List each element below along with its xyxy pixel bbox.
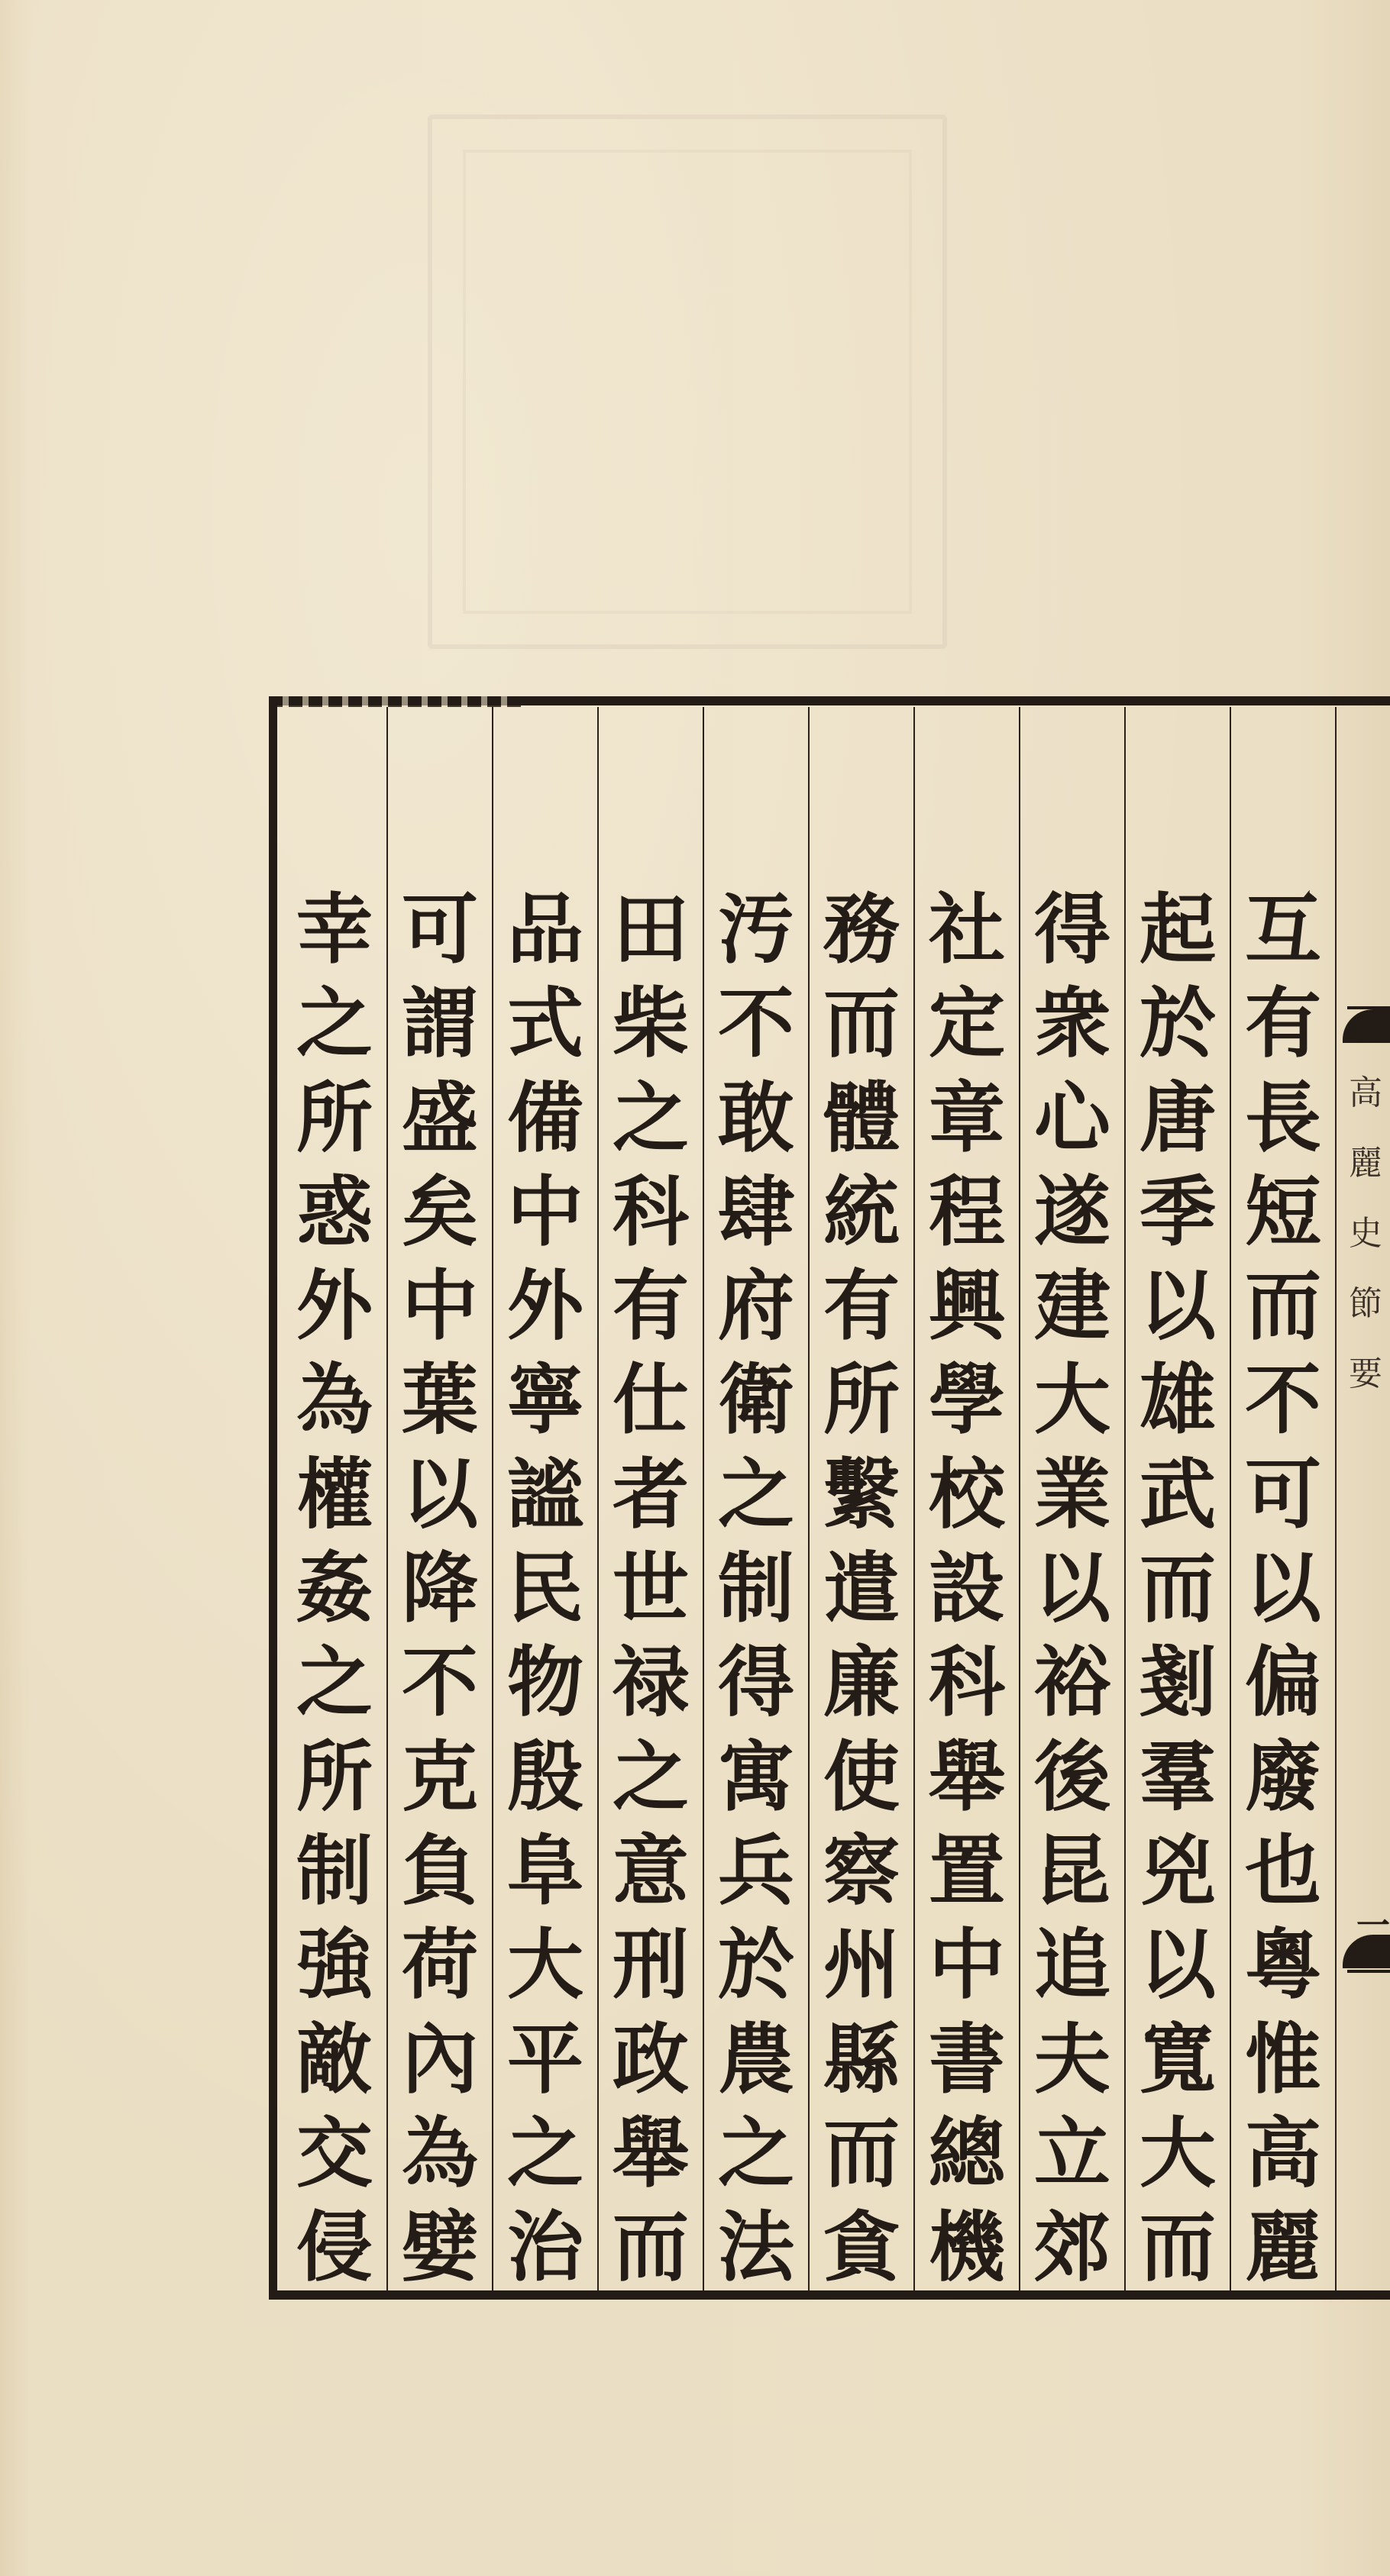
glyph: 而: [613, 2200, 689, 2294]
glyph: 強: [296, 1918, 373, 2012]
glyph: 廉: [823, 1635, 900, 1729]
column-text: 起於唐季以雄武而剗羣兇以寬大而: [1126, 883, 1230, 2294]
glyph: 粵: [1245, 1918, 1321, 2012]
glyph: 所: [296, 1730, 373, 1824]
glyph: 之: [296, 1635, 373, 1729]
glyph: 縣: [823, 2013, 900, 2106]
glyph: 政: [613, 2013, 689, 2106]
glyph: 心: [1034, 1071, 1110, 1165]
glyph: 昆: [1034, 1824, 1110, 1918]
glyph: 舉: [613, 2106, 689, 2200]
glyph: 謂: [402, 976, 478, 1070]
column-text: 可謂盛矣中葉以降不克負荷內為嬖: [388, 883, 492, 2294]
glyph: 得: [718, 1635, 794, 1729]
title-glyph: 要: [1349, 1339, 1382, 1409]
glyph: 降: [402, 1541, 478, 1635]
text-column-10: 幸之所惑外為權姦之所制強敵交侵: [283, 707, 388, 2290]
glyph: 大: [507, 1918, 583, 2012]
glyph: 交: [296, 2106, 373, 2200]
glyph: 外: [296, 1259, 373, 1353]
glyph: 所: [823, 1353, 900, 1447]
glyph: 為: [296, 1353, 373, 1447]
glyph: 汚: [718, 883, 794, 976]
text-column-2: 起於唐季以雄武而剗羣兇以寬大而: [1126, 707, 1231, 2290]
glyph: 法: [718, 2200, 794, 2294]
title-glyph: 節: [1349, 1269, 1382, 1339]
text-column-1: 互有長短而不可以偏廢也粵惟高麗: [1231, 707, 1337, 2290]
glyph: 章: [929, 1071, 1005, 1165]
text-column-3: 得衆心遂建大業以裕後昆追夫立郊: [1020, 707, 1126, 2290]
seal-inner-border: [463, 150, 912, 614]
glyph: 麗: [1245, 2200, 1321, 2294]
glyph: 業: [1034, 1448, 1110, 1541]
glyph: 書: [929, 2013, 1005, 2106]
glyph: 以: [1139, 1259, 1216, 1353]
glyph: 可: [402, 883, 478, 976]
glyph: 寓: [718, 1730, 794, 1824]
glyph: 衆: [1034, 976, 1110, 1070]
glyph: 兇: [1139, 1824, 1216, 1918]
text-column-4: 社定章程興學校設科舉置中書總機: [915, 707, 1020, 2290]
glyph: 察: [823, 1824, 900, 1918]
glyph: 中: [402, 1259, 478, 1353]
glyph: 有: [823, 1259, 900, 1353]
glyph: 寧: [507, 1353, 583, 1447]
glyph: 置: [929, 1824, 1005, 1918]
glyph: 季: [1139, 1165, 1216, 1259]
title-glyph: 史: [1349, 1199, 1382, 1269]
glyph: 高: [1245, 2106, 1321, 2200]
glyph: 內: [402, 2013, 478, 2106]
glyph: 姦: [296, 1541, 373, 1635]
glyph: 郊: [1034, 2200, 1110, 2294]
glyph: 以: [1034, 1541, 1110, 1635]
glyph: 統: [823, 1165, 900, 1259]
glyph: 而: [823, 2106, 900, 2200]
glyph: 田: [613, 883, 689, 976]
glyph: 長: [1245, 1071, 1321, 1165]
glyph: 寬: [1139, 2013, 1216, 2106]
center-column-banxin: 高麗史節要 一: [1337, 707, 1390, 2290]
glyph: 舉: [929, 1730, 1005, 1824]
glyph: 民: [507, 1541, 583, 1635]
glyph: 後: [1034, 1730, 1110, 1824]
glyph: 荷: [402, 1918, 478, 2012]
glyph: 侵: [296, 2200, 373, 2294]
glyph: 肆: [718, 1165, 794, 1259]
glyph: 學: [929, 1353, 1005, 1447]
glyph: 夫: [1034, 2013, 1110, 2106]
glyph: 定: [929, 976, 1005, 1070]
title-glyph: 麗: [1349, 1128, 1382, 1199]
glyph: 雄: [1139, 1353, 1216, 1447]
glyph: 農: [718, 2013, 794, 2106]
glyph: 程: [929, 1165, 1005, 1259]
glyph: 克: [402, 1730, 478, 1824]
glyph: 物: [507, 1635, 583, 1729]
glyph: 而: [823, 976, 900, 1070]
glyph: 之: [718, 1448, 794, 1541]
glyph: 葉: [402, 1353, 478, 1447]
glyph: 嬖: [402, 2200, 478, 2294]
glyph: 偏: [1245, 1635, 1321, 1729]
text-column-8: 品式備中外寧謐民物殷阜大平之治: [493, 707, 599, 2290]
glyph: 備: [507, 1071, 583, 1165]
column-text: 幸之所惑外為權姦之所制強敵交侵: [283, 883, 386, 2294]
glyph: 而: [1139, 2200, 1216, 2294]
book-title: 高麗史節要: [1349, 1058, 1382, 1409]
text-column-6: 汚不敢肆府衛之制得寓兵於農之法: [704, 707, 810, 2290]
glyph: 不: [718, 976, 794, 1070]
glyph: 阜: [507, 1824, 583, 1918]
glyph: 盛: [402, 1071, 478, 1165]
glyph: 平: [507, 2013, 583, 2106]
glyph: 權: [296, 1448, 373, 1541]
glyph: 起: [1139, 883, 1216, 976]
glyph: 兵: [718, 1824, 794, 1918]
glyph: 不: [1245, 1353, 1321, 1447]
glyph: 大: [1139, 2106, 1216, 2200]
glyph: 興: [929, 1259, 1005, 1353]
glyph: 體: [823, 1071, 900, 1165]
glyph: 總: [929, 2106, 1005, 2200]
fishtail-mark-lower-icon: [1343, 1935, 1390, 1968]
glyph: 剗: [1139, 1635, 1216, 1729]
glyph: 校: [929, 1448, 1005, 1541]
glyph: 衛: [718, 1353, 794, 1447]
glyph: 矣: [402, 1165, 478, 1259]
glyph: 有: [613, 1259, 689, 1353]
seal-impression: [428, 115, 947, 649]
glyph: 可: [1245, 1448, 1321, 1541]
glyph: 刑: [613, 1918, 689, 2012]
glyph: 府: [718, 1259, 794, 1353]
column-text: 得衆心遂建大業以裕後昆追夫立郊: [1020, 883, 1124, 2294]
glyph: 謐: [507, 1448, 583, 1541]
glyph: 治: [507, 2200, 583, 2294]
glyph: 所: [296, 1071, 373, 1165]
column-text: 田柴之科有仕者世禄之意刑政舉而: [599, 883, 703, 2294]
glyph: 遂: [1034, 1165, 1110, 1259]
glyph: 為: [402, 2106, 478, 2200]
column-text: 互有長短而不可以偏廢也粵惟高麗: [1231, 883, 1335, 2294]
glyph: 建: [1034, 1259, 1110, 1353]
glyph: 世: [613, 1541, 689, 1635]
glyph: 惑: [296, 1165, 373, 1259]
glyph: 制: [296, 1824, 373, 1918]
glyph: 式: [507, 976, 583, 1070]
frame-worn-edge: [269, 696, 521, 707]
glyph: 科: [613, 1165, 689, 1259]
glyph: 科: [929, 1635, 1005, 1729]
glyph: 殷: [507, 1730, 583, 1824]
fishtail-mark-icon: [1343, 1009, 1390, 1043]
glyph: 制: [718, 1541, 794, 1635]
glyph: 而: [1139, 1541, 1216, 1635]
column-text: 社定章程興學校設科舉置中書總機: [915, 883, 1019, 2294]
glyph: 社: [929, 883, 1005, 976]
glyph: 而: [1245, 1259, 1321, 1353]
column-text: 汚不敢肆府衛之制得寓兵於農之法: [704, 883, 808, 2294]
glyph: 以: [402, 1448, 478, 1541]
glyph: 之: [718, 2106, 794, 2200]
text-column-9: 可謂盛矣中葉以降不克負荷內為嬖: [388, 707, 493, 2290]
glyph: 柴: [613, 976, 689, 1070]
glyph: 外: [507, 1259, 583, 1353]
glyph: 武: [1139, 1448, 1216, 1541]
glyph: 品: [507, 883, 583, 976]
column-text: 品式備中外寧謐民物殷阜大平之治: [493, 883, 597, 2294]
glyph: 設: [929, 1541, 1005, 1635]
glyph: 唐: [1139, 1071, 1216, 1165]
glyph: 貪: [823, 2200, 900, 2294]
glyph: 廢: [1245, 1730, 1321, 1824]
glyph: 中: [929, 1918, 1005, 2012]
text-column-5: 務而體統有所繫遣廉使察州縣而貪: [810, 707, 915, 2290]
glyph: 於: [1139, 976, 1216, 1070]
glyph: 者: [613, 1448, 689, 1541]
glyph: 中: [507, 1165, 583, 1259]
glyph: 幸: [296, 883, 373, 976]
column-text: 務而體統有所繫遣廉使察州縣而貪: [810, 883, 913, 2294]
glyph: 之: [507, 2106, 583, 2200]
glyph: 之: [296, 976, 373, 1070]
glyph: 仕: [613, 1353, 689, 1447]
glyph: 負: [402, 1824, 478, 1918]
title-glyph: 高: [1349, 1058, 1382, 1128]
glyph: 機: [929, 2200, 1005, 2294]
glyph: 有: [1245, 976, 1321, 1070]
glyph: 遣: [823, 1541, 900, 1635]
glyph: 以: [1245, 1541, 1321, 1635]
glyph: 州: [823, 1918, 900, 2012]
glyph: 互: [1245, 883, 1321, 976]
glyph: 意: [613, 1824, 689, 1918]
glyph: 不: [402, 1635, 478, 1729]
glyph: 使: [823, 1730, 900, 1824]
glyph: 羣: [1139, 1730, 1216, 1824]
glyph: 短: [1245, 1165, 1321, 1259]
glyph: 以: [1139, 1918, 1216, 2012]
glyph: 於: [718, 1918, 794, 2012]
fishtail-line-bottom: [1347, 1970, 1390, 1973]
glyph: 繫: [823, 1448, 900, 1541]
glyph: 大: [1034, 1353, 1110, 1447]
glyph: 立: [1034, 2106, 1110, 2200]
glyph: 敵: [296, 2013, 373, 2106]
glyph: 之: [613, 1071, 689, 1165]
glyph: 追: [1034, 1918, 1110, 2012]
glyph: 惟: [1245, 2013, 1321, 2106]
glyph: 禄: [613, 1635, 689, 1729]
glyph: 得: [1034, 883, 1110, 976]
glyph: 務: [823, 883, 900, 976]
glyph: 也: [1245, 1824, 1321, 1918]
glyph: 敢: [718, 1071, 794, 1165]
glyph: 裕: [1034, 1635, 1110, 1729]
text-column-7: 田柴之科有仕者世禄之意刑政舉而: [599, 707, 704, 2290]
glyph: 之: [613, 1730, 689, 1824]
